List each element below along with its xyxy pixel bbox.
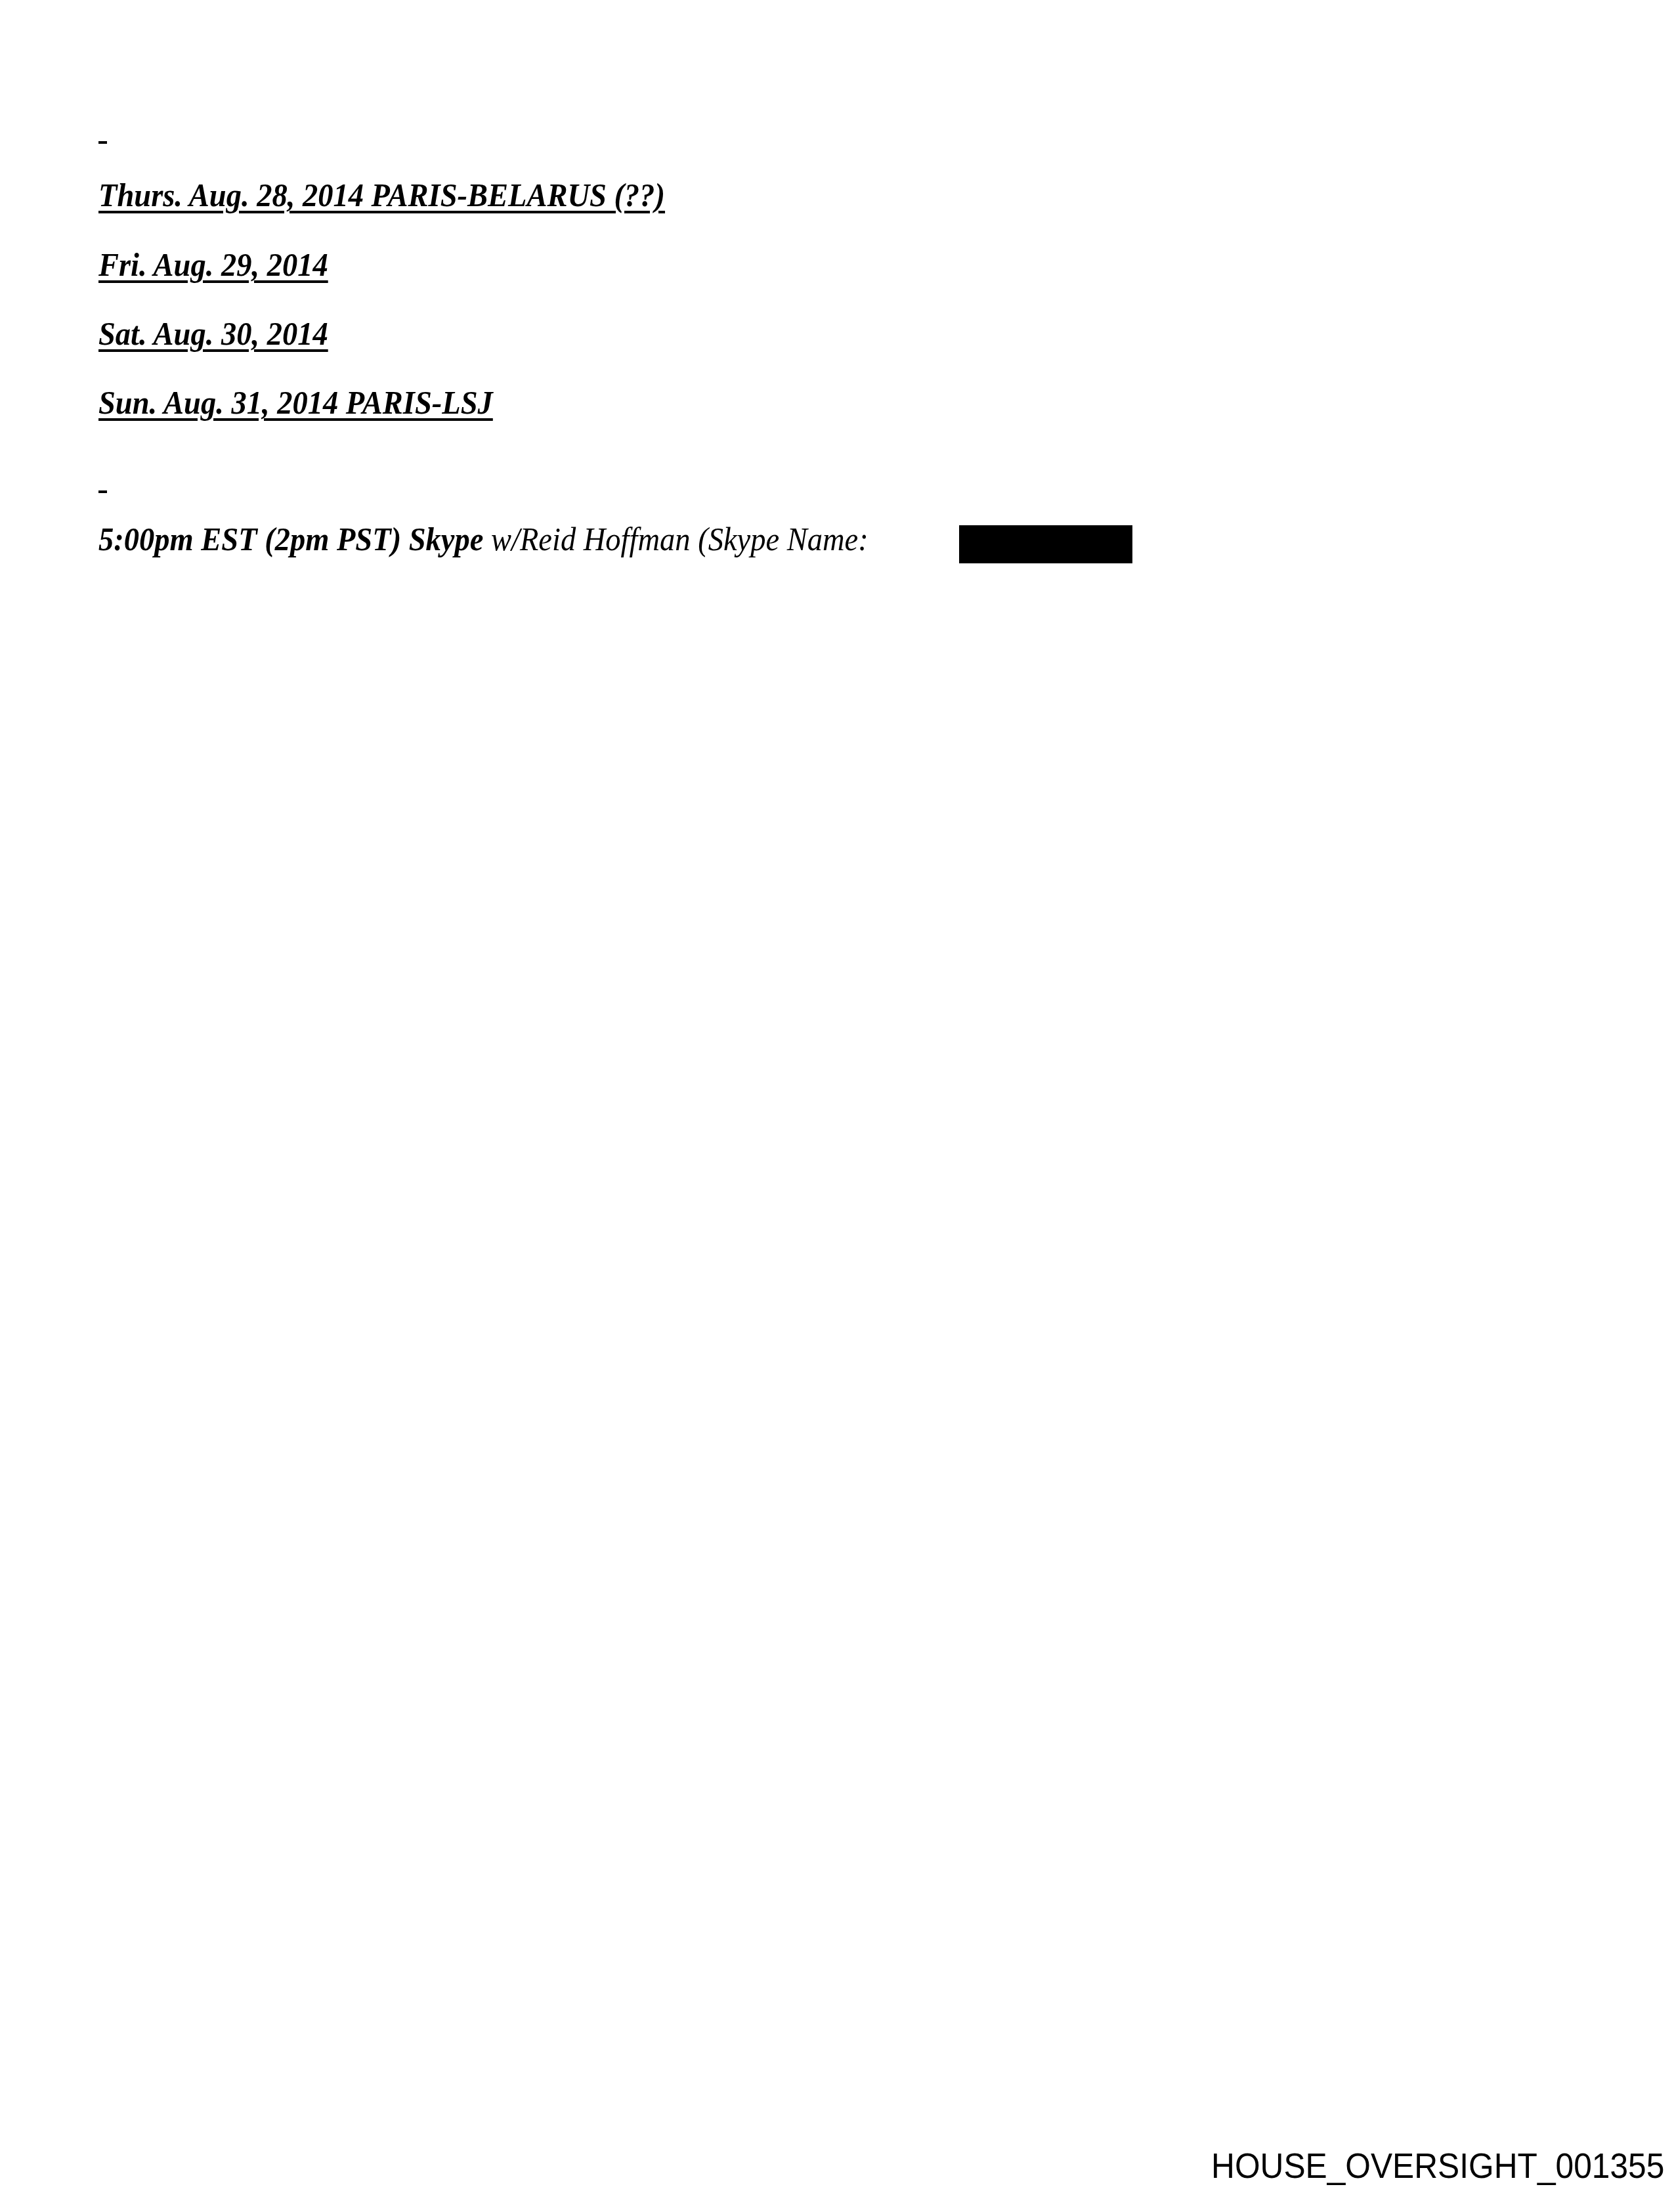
- bates-number: HOUSE_OVERSIGHT_001355: [1211, 2148, 1664, 2184]
- day-heading-sat-aug-30: Sat. Aug. 30, 2014: [98, 317, 328, 350]
- day-heading-sun-aug-31: Sun. Aug. 31, 2014 PARIS-LSJ: [98, 386, 493, 419]
- document-page: Thurs. Aug. 28, 2014 PARIS-BELARUS (??) …: [0, 0, 1674, 2212]
- event-description: w/Reid Hoffman (Skype Name:: [483, 521, 868, 557]
- event-entry-skype-call: 5:00pm EST (2pm PST) Skype w/Reid Hoffma…: [98, 523, 869, 555]
- day-heading-fri-aug-29: Fri. Aug. 29, 2014: [98, 248, 328, 281]
- separator-dash: [98, 141, 107, 144]
- day-heading-thu-aug-28: Thurs. Aug. 28, 2014 PARIS-BELARUS (??): [98, 179, 665, 211]
- redaction-box: [959, 525, 1132, 563]
- separator-dash: [98, 490, 107, 493]
- event-time-label: 5:00pm EST (2pm PST) Skype: [98, 521, 483, 557]
